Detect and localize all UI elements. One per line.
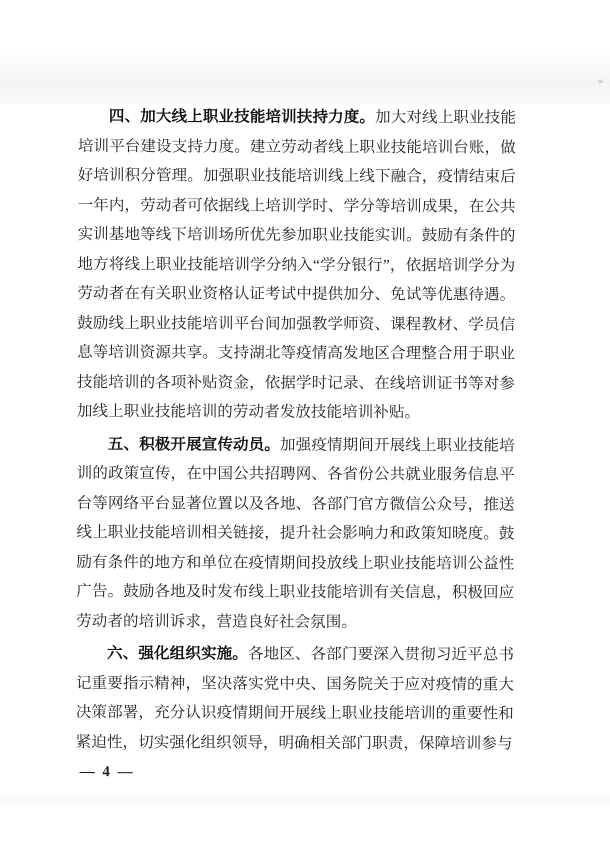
section-4-heading: 四、加大线上职业技能培训扶持力度。 [109, 108, 375, 126]
scan-artifact-band-top [0, 48, 610, 104]
paragraph-section-4: 四、加大线上职业技能培训扶持力度。加大对线上职业技能培训平台建设支持力度。建立劳… [77, 102, 516, 428]
scan-speck [598, 80, 603, 83]
paragraph-section-6: 六、强化组织实施。各地区、各部门要深入贯彻习近平总书记重要指示精神，坚决落实党中… [76, 639, 514, 759]
section-5-body-text: 加强疫情期间开展线上职业技能培训的政策宣传，在中国公共招聘网、各省份公共就业服务… [76, 436, 515, 630]
scan-artifact-band-bottom [0, 795, 610, 805]
section-6-heading: 六、强化组织实施。 [107, 645, 248, 662]
document-body: 四、加大线上职业技能培训扶持力度。加大对线上职业技能培训平台建设支持力度。建立劳… [76, 102, 516, 783]
page-number: — 4 — [80, 764, 514, 783]
paragraph-section-5: 五、积极开展宣传动员。加强疫情期间开展线上职业技能培训的政策宣传，在中国公共招聘… [76, 429, 515, 637]
document-page: 四、加大线上职业技能培训扶持力度。加大对线上职业技能培训平台建设支持力度。建立劳… [0, 0, 610, 863]
section-5-heading: 五、积极开展宣传动员。 [108, 436, 280, 454]
section-4-body-text: 加大对线上职业技能培训平台建设支持力度。建立劳动者线上职业技能培训台账，做好培训… [77, 109, 516, 421]
